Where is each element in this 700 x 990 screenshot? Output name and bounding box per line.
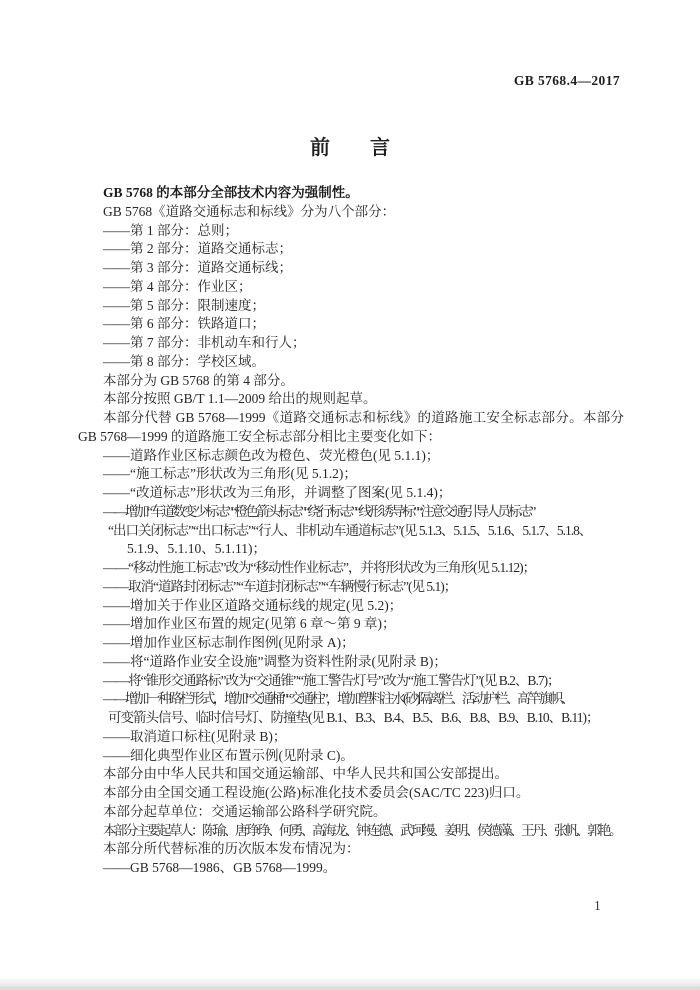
- foreword-line: ——GB 5768—1986、GB 5768—1999。: [78, 859, 624, 878]
- foreword-line: ——第 6 部分：铁路道口；: [78, 315, 624, 334]
- foreword-line: ——增加作业区标志制作图例(见附录 A)；: [78, 634, 624, 653]
- foreword-line: 本部分由中华人民共和国交通运输部、中华人民共和国公安部提出。: [78, 765, 624, 784]
- foreword-line: ——第 3 部分：道路交通标线；: [78, 259, 624, 278]
- foreword-line: ——细化典型作业区布置示例(见附录 C)。: [78, 747, 624, 766]
- foreword-line: ——增加关于作业区道路交通标线的规定(见 5.2)；: [78, 597, 624, 616]
- scan-edge-shadow: [0, 979, 700, 990]
- foreword-body: GB 5768 的本部分全部技术内容为强制性。GB 5768《道路交通标志和标线…: [78, 184, 624, 878]
- foreword-line: ——道路作业区标志颜色改为橙色、荧光橙色(见 5.1.1)；: [78, 447, 624, 466]
- standard-number: GB 5768.4—2017: [514, 73, 620, 89]
- foreword-line: ——“施工标志”形状改为三角形(见 5.1.2)；: [78, 465, 624, 484]
- page-title: 前 言: [0, 131, 700, 160]
- foreword-line: “出口关闭标志”“出口标志”“行人、非机动车通道标志”(见 5.1.3、5.1.…: [78, 522, 624, 541]
- foreword-line: 本部分代替 GB 5768—1999《道路交通标志和标线》的道路施工安全标志部分…: [78, 409, 624, 428]
- foreword-line: 本部分所代替标准的历次版本发布情况为：: [78, 840, 624, 859]
- foreword-line: ——第 1 部分：总则；: [78, 222, 624, 241]
- foreword-line: ——第 5 部分：限制速度；: [78, 297, 624, 316]
- foreword-line: ——取消道口标柱(见附录 B)；: [78, 728, 624, 747]
- foreword-line: 本部分按照 GB/T 1.1—2009 给出的规则起草。: [78, 390, 624, 409]
- page-number: 1: [594, 898, 601, 914]
- foreword-line: ——“改道标志”形状改为三角形，并调整了图案(见 5.1.4)；: [78, 484, 624, 503]
- foreword-line: ——将“道路作业安全设施”调整为资料性附录(见附录 B)；: [78, 653, 624, 672]
- foreword-line: ——第 4 部分：作业区；: [78, 278, 624, 297]
- foreword-line: GB 5768 的本部分全部技术内容为强制性。: [78, 184, 624, 203]
- foreword-line: 5.1.9、5.1.10、5.1.11)；: [78, 540, 624, 559]
- foreword-line: ——“移动性施工标志”改为“移动性作业标志”，并将形状改为三角形(见 5.1.1…: [78, 559, 624, 578]
- foreword-line: GB 5768《道路交通标志和标线》分为八个部分：: [78, 203, 624, 222]
- foreword-line: ——第 2 部分：道路交通标志；: [78, 240, 624, 259]
- foreword-line: 本部分由全国交通工程设施(公路)标准化技术委员会(SAC/TC 223)归口。: [78, 784, 624, 803]
- foreword-line: 本部分主要起草人：陈瑜、唐琤琤、何勇、高海龙、钟连德、武珂缦、姜明、侯德藻、王丹…: [78, 822, 624, 841]
- foreword-line: ——将“锥形交通路标”改为“交通锥”“施工警告灯号”改为“施工警告灯”(见 B.…: [78, 672, 624, 691]
- foreword-line: ——增加“车道数变少标志”“橙色箭头标志”“绕行标志”“线形诱导标”“注意交通引…: [78, 503, 624, 522]
- foreword-line: ——第 7 部分：非机动车和行人；: [78, 334, 624, 353]
- document-page: GB 5768.4—2017 前 言 GB 5768 的本部分全部技术内容为强制…: [0, 0, 700, 990]
- foreword-line: 本部分为 GB 5768 的第 4 部分。: [78, 372, 624, 391]
- foreword-line: GB 5768—1999 的道路施工安全标志部分相比主要变化如下：: [78, 428, 624, 447]
- foreword-line: ——增加一种路栏形式，增加“交通桶”“交通柱”，增加塑料注水(砂)隔离栏、活动护…: [78, 690, 624, 709]
- foreword-line: ——增加作业区布置的规定(见第 6 章～第 9 章)；: [78, 615, 624, 634]
- foreword-line: 本部分起草单位：交通运输部公路科学研究院。: [78, 803, 624, 822]
- foreword-line: 可变箭头信号、临时信号灯、防撞垫(见 B.1、B.3、B.4、B.5、B.6、B…: [78, 709, 624, 728]
- foreword-line: ——第 8 部分：学校区域。: [78, 353, 624, 372]
- foreword-line: ——取消“道路封闭标志”“车道封闭标志”“车辆慢行标志”(见 5.1)；: [78, 578, 624, 597]
